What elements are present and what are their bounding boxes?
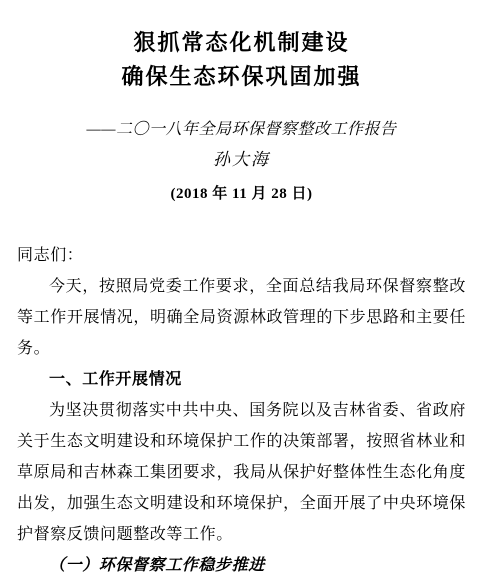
subsection-heading-1: （一）环保督察工作稳步推进 [17,550,466,581]
doc-title-line-1: 狠抓常态化机制建设 [17,26,466,60]
paragraph-1: 今天，按照局党委工作要求，全面总结我局环保督察整改等工作开展情况，明确全局资源林… [17,271,466,364]
document-body: 同志们： 今天，按照局党委工作要求，全面总结我局环保督察整改等工作开展情况，明确… [17,240,466,581]
salutation: 同志们： [17,240,466,271]
doc-title-line-2: 确保生态环保巩固加强 [17,60,466,94]
author-name: 孙大海 [17,148,466,172]
doc-date: (2018 年 11 月 28 日) [17,182,466,206]
doc-subtitle: ——二〇一八年全局环保督察整改工作报告 [17,118,466,142]
paragraph-2: 为坚决贯彻落实中共中央、国务院以及吉林省委、省政府关于生态文明建设和环境保护工作… [17,395,466,550]
section-heading-1: 一、工作开展情况 [17,364,466,395]
document-page: 狠抓常态化机制建设 确保生态环保巩固加强 ——二〇一八年全局环保督察整改工作报告… [0,0,483,586]
